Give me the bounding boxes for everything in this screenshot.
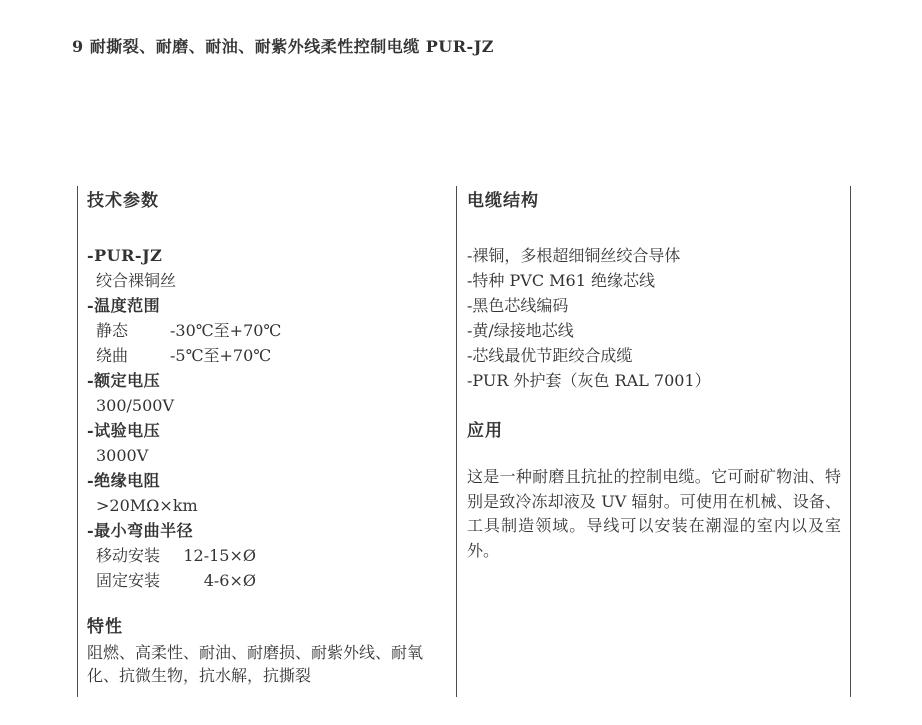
param-value: 12-15×Ø	[170, 543, 256, 568]
features-section: 特性 阻燃、高柔性、耐油、耐磨损、耐紫外线、耐氧化、抗微生物，抗水解，抗撕裂	[87, 615, 444, 687]
param-row: 绕曲 -5℃至+70℃	[87, 343, 444, 368]
param-row: -额定电压	[87, 368, 444, 393]
param-row: 移动安装 12-15×Ø	[87, 543, 444, 568]
param-value: -30℃至+70℃	[170, 318, 281, 343]
tech-params-heading: 技术参数	[87, 189, 444, 213]
param-row: -最小弯曲半径	[87, 518, 444, 543]
page-title: 9 耐撕裂、耐磨、耐油、耐紫外线柔性控制电缆 PUR-JZ	[72, 34, 494, 57]
param-row: 固定安装 4-6×Ø	[87, 568, 444, 593]
param-row: -温度范围	[87, 293, 444, 318]
features-heading: 特性	[87, 615, 444, 639]
tech-params-section: 技术参数 -PUR-JZ 绞合裸铜丝 -温度范围 静态 -30℃至+70℃ 绕曲…	[77, 186, 456, 697]
structure-section: 电缆结构 -裸铜，多根超细铜丝绞合导体 -特种 PVC M61 绝缘芯线 -黑色…	[456, 186, 851, 697]
param-row: 3000V	[87, 443, 444, 468]
param-row: 300/500V	[87, 393, 444, 418]
param-row: -PUR-JZ	[87, 243, 444, 268]
param-label: 移动安装	[96, 543, 170, 568]
param-row: -试验电压	[87, 418, 444, 443]
param-value: -5℃至+70℃	[170, 343, 271, 368]
param-row: >20MΩ×km	[87, 493, 444, 518]
structure-item: -黄/绿接地芯线	[467, 318, 841, 343]
application-text: 这是一种耐磨且抗扯的控制电缆。它可耐矿物油、特别是致冷冻却液及 UV 辐射。可使…	[467, 465, 841, 563]
param-label: 绕曲	[96, 343, 170, 368]
application-heading: 应用	[467, 419, 841, 443]
param-label: 固定安装	[96, 568, 170, 593]
structure-item: -黑色芯线编码	[467, 293, 841, 318]
structure-list: -裸铜，多根超细铜丝绞合导体 -特种 PVC M61 绝缘芯线 -黑色芯线编码 …	[467, 243, 841, 393]
tech-params-list: -PUR-JZ 绞合裸铜丝 -温度范围 静态 -30℃至+70℃ 绕曲 -5℃至…	[87, 243, 444, 593]
structure-item: -特种 PVC M61 绝缘芯线	[467, 268, 841, 293]
structure-item: -裸铜，多根超细铜丝绞合导体	[467, 243, 841, 268]
content-columns: 技术参数 -PUR-JZ 绞合裸铜丝 -温度范围 静态 -30℃至+70℃ 绕曲…	[77, 186, 851, 697]
param-value: 4-6×Ø	[170, 568, 256, 593]
structure-item: -PUR 外护套（灰色 RAL 7001）	[467, 368, 841, 393]
param-row: 绞合裸铜丝	[87, 268, 444, 293]
param-row: 静态 -30℃至+70℃	[87, 318, 444, 343]
structure-item: -芯线最优节距绞合成缆	[467, 343, 841, 368]
param-label: 静态	[96, 318, 170, 343]
param-row: -绝缘电阻	[87, 468, 444, 493]
structure-heading: 电缆结构	[467, 189, 841, 213]
features-text: 阻燃、高柔性、耐油、耐磨损、耐紫外线、耐氧化、抗微生物，抗水解，抗撕裂	[87, 641, 444, 687]
datasheet-page: 9 耐撕裂、耐磨、耐油、耐紫外线柔性控制电缆 PUR-JZ 技术参数 -PUR-…	[0, 0, 922, 725]
